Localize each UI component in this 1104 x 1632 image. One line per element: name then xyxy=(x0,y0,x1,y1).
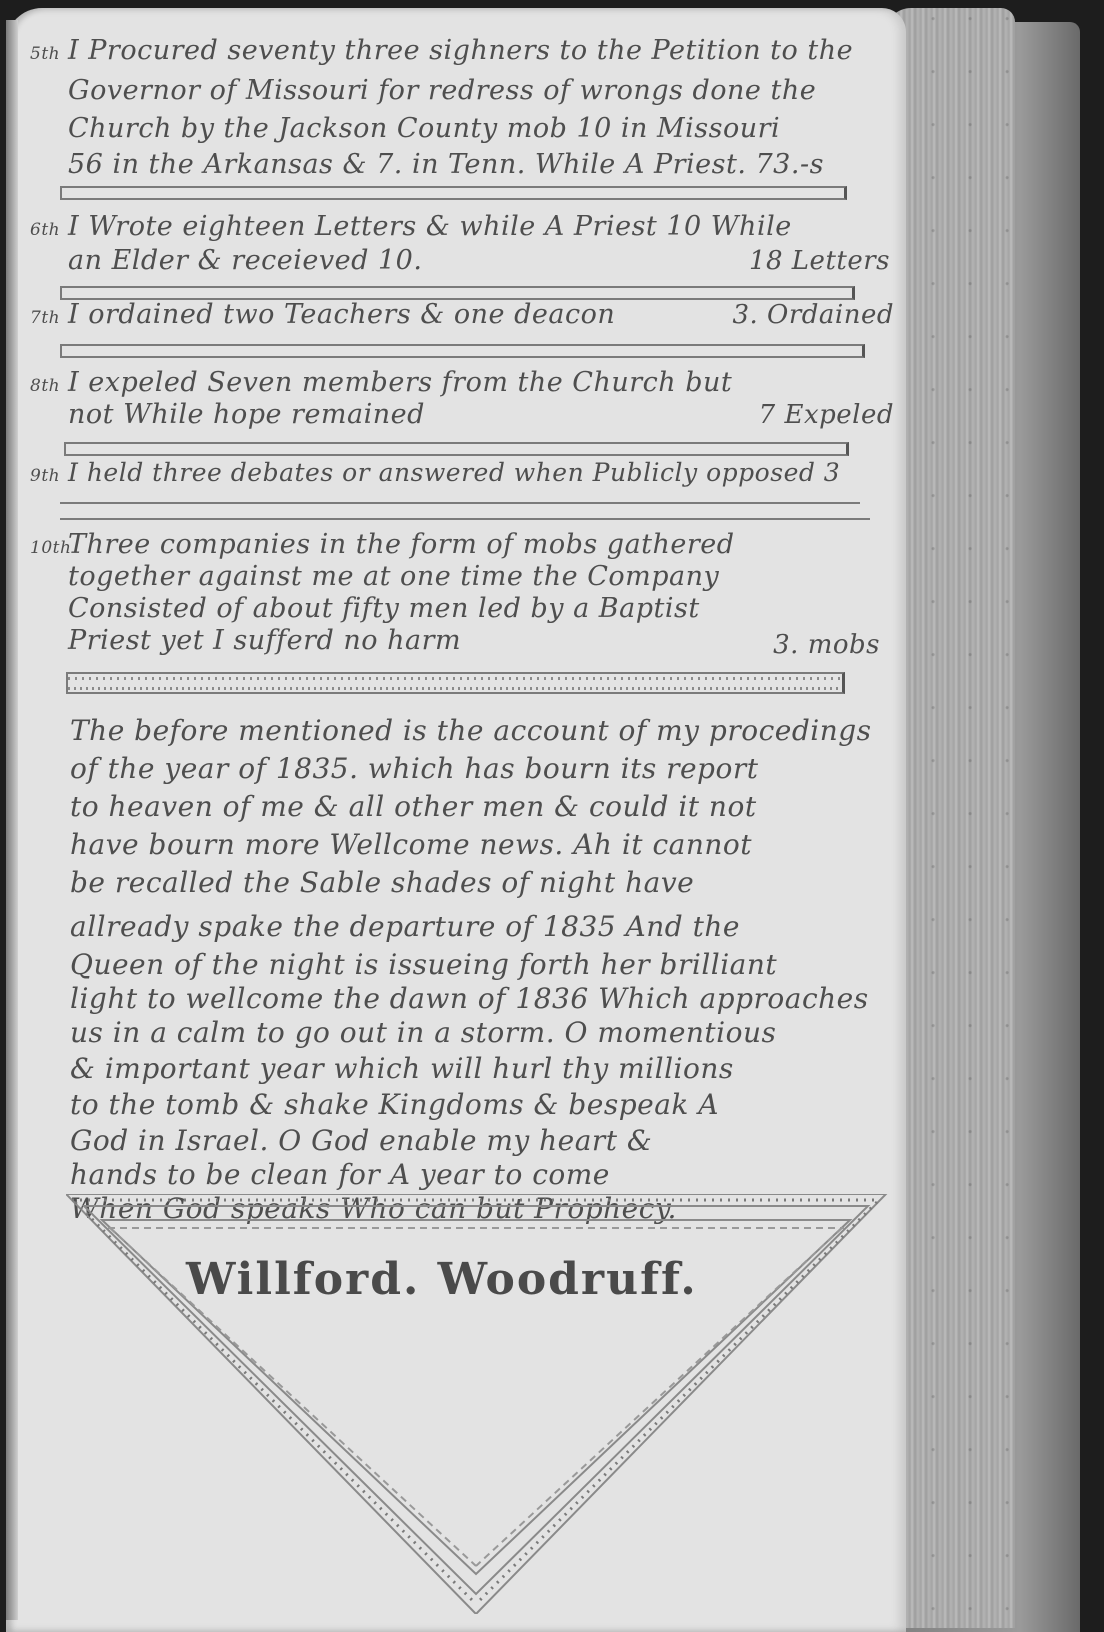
entry-8: 8th I expeled Seven members from the Chu… xyxy=(30,368,890,438)
entry-line: Priest yet I sufferd no harm xyxy=(68,626,461,656)
paragraph-line: light to wellcome the dawn of 1836 Which… xyxy=(70,980,890,1014)
entry-7: 7th I ordained two Teachers & one deacon… xyxy=(30,300,890,340)
divider-rule xyxy=(60,286,855,300)
entry-line: together against me at one time the Comp… xyxy=(68,562,719,592)
entry-number: 5th xyxy=(30,44,60,64)
entry-line: Three companies in the form of mobs gath… xyxy=(68,530,735,560)
paragraph-line: to the tomb & shake Kingdoms & bespeak A xyxy=(70,1086,890,1122)
paragraph-line: us in a calm to go out in a storm. O mom… xyxy=(70,1014,890,1050)
entry-tally: 18 Letters xyxy=(749,246,890,276)
page-gutter-shadow xyxy=(6,20,18,1620)
divider-rule xyxy=(60,186,847,200)
ornamental-divider xyxy=(66,672,845,694)
entry-line: not While hope remained xyxy=(68,400,425,430)
paragraph-line: The before mentioned is the account of m… xyxy=(70,712,890,750)
entry-5: 5th I Procured seventy three sighners to… xyxy=(30,36,890,176)
divider-rule xyxy=(60,502,860,504)
entry-line: Consisted of about fifty men led by a Ba… xyxy=(68,594,700,624)
signature: Willford. Woodruff. xyxy=(186,1254,698,1305)
divider-rule xyxy=(60,518,870,520)
entry-line: 56 in the Arkansas & 7. in Tenn. While A… xyxy=(68,150,824,180)
paragraph-line: allready spake the departure of 1835 And… xyxy=(70,908,890,946)
entry-9: 9th I held three debates or answered whe… xyxy=(30,458,890,494)
entry-number: 6th xyxy=(30,220,60,240)
entry-number: 8th xyxy=(30,376,60,396)
entry-line: I Procured seventy three sighners to the… xyxy=(68,36,853,66)
divider-rule xyxy=(64,442,849,456)
paragraph-line: hands to be clean for A year to come xyxy=(70,1156,890,1190)
paragraph-line: to heaven of me & all other men & could … xyxy=(70,788,890,826)
paragraph-line: have bourn more Wellcome news. Ah it can… xyxy=(70,826,890,864)
entry-tally: 3. mobs xyxy=(773,630,880,660)
entry-line: I ordained two Teachers & one deacon xyxy=(68,300,615,330)
entry-line: Governor of Missouri for redress of wron… xyxy=(68,76,816,106)
entry-6: 6th I Wrote eighteen Letters & while A P… xyxy=(30,212,890,282)
paragraph-line: God in Israel. O God enable my heart & xyxy=(70,1122,890,1156)
paragraph-line: be recalled the Sable shades of night ha… xyxy=(70,864,890,902)
entry-number: 7th xyxy=(30,308,60,328)
signature-triangle-ornament: Willford. Woodruff. xyxy=(66,1194,896,1614)
paragraph-line: Queen of the night is issueing forth her… xyxy=(70,946,890,980)
entry-number: 10th xyxy=(30,538,71,558)
entry-tally: 7 Expeled xyxy=(759,400,894,430)
closing-paragraph: The before mentioned is the account of m… xyxy=(70,712,890,1228)
entry-10: 10th Three companies in the form of mobs… xyxy=(30,530,890,670)
entry-line: I expeled Seven members from the Church … xyxy=(68,368,732,398)
paragraph-line: & important year which will hurl thy mil… xyxy=(70,1050,890,1086)
entry-line: I held three debates or answered when Pu… xyxy=(68,458,840,488)
entry-line: I Wrote eighteen Letters & while A Pries… xyxy=(68,212,792,242)
entry-number: 9th xyxy=(30,466,60,486)
entry-line: Church by the Jackson County mob 10 in M… xyxy=(68,114,780,144)
entry-tally: 3. Ordained xyxy=(732,300,894,330)
paragraph-line: of the year of 1835. which has bourn its… xyxy=(70,750,890,788)
divider-rule xyxy=(60,344,865,358)
entry-line: an Elder & receieved 10. xyxy=(68,246,422,276)
